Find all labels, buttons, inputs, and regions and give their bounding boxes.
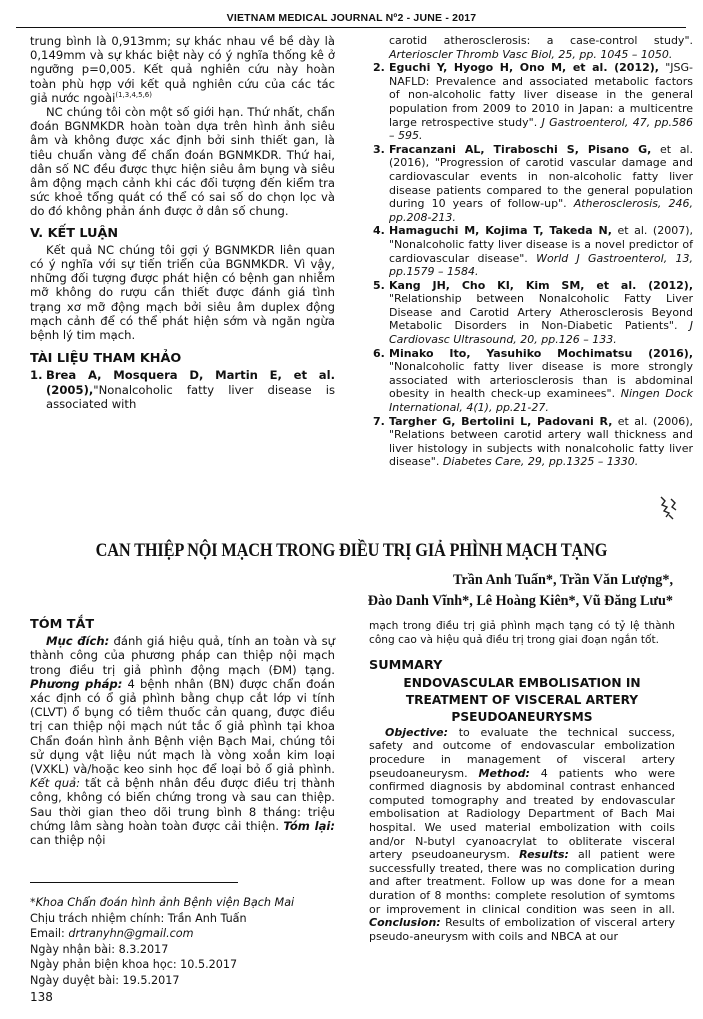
reference-list-left: 1. Brea A, Mosquera D, Martin E, et al. … (30, 368, 335, 411)
received-date: Ngày nhận bài: 8.3.2017 (30, 942, 350, 958)
conclusion-heading: V. KẾT LUẬN (30, 227, 335, 241)
reference-item: 7. Targher G, Bertolini L, Padovani R, e… (391, 415, 693, 469)
discussion-paragraph-1: trung bình là 0,913mm; sự khác nhau về b… (30, 34, 335, 105)
reference-item: 1. Brea A, Mosquera D, Martin E, et al. … (48, 368, 335, 411)
journal-header: VIETNAM MEDICAL JOURNAL Nº2 - JUNE - 201… (0, 12, 703, 24)
authors-line-2: Đào Danh Vĩnh*, Lê Hoàng Kiên*, Vũ Đăng … (368, 591, 673, 612)
discussion-paragraph-2: NC chúng tôi còn một số giới hạn. Thứ nh… (30, 105, 335, 219)
summary-body: Objective: to evaluate the technical suc… (369, 726, 675, 944)
abstract-vietnamese: TÓM TẮT Mục đích: đánh giá hiệu quả, tín… (30, 618, 335, 847)
left-column-top: trung bình là 0,913mm; sự khác nhau về b… (30, 34, 335, 411)
summary-heading: SUMMARY (369, 659, 675, 673)
footnote: *Khoa Chẩn đoán hình ảnh Bệnh viện Bạch … (30, 895, 350, 989)
abstract-heading: TÓM TẮT (30, 618, 335, 632)
accepted-date: Ngày duyệt bài: 19.5.2017 (30, 973, 350, 989)
email-line: Email: drtranyhn@gmail.com (30, 926, 350, 942)
reference-item: 2. Eguchi Y, Hyogo H, Ono M, et al. (201… (391, 61, 693, 143)
abstract-conclusion-continued: mạch trong điều trị giả phình mạch tạng … (369, 620, 675, 647)
affiliation: *Khoa Chẩn đoán hình ảnh Bệnh viện Bạch … (30, 895, 350, 911)
reference-item: 3. Fracanzani AL, Tiraboschi S, Pisano G… (391, 143, 693, 225)
article-title: CAN THIỆP NỘI MẠCH TRONG ĐIỀU TRỊ GIẢ PH… (49, 540, 654, 562)
abstract-body: Mục đích: đánh giá hiệu quả, tính an toà… (30, 634, 335, 847)
references-heading: TÀI LIỆU THAM KHẢO (30, 352, 335, 366)
reference-item-continued: carotid atherosclerosis: a case-control … (391, 34, 693, 61)
footnote-rule (30, 882, 238, 883)
summary-title: ENDOVASCULAR EMBOLISATION IN TREATMENT O… (369, 675, 675, 726)
email-link[interactable]: drtranyhn@gmail.com (68, 927, 193, 940)
page-number: 138 (30, 990, 53, 1004)
summary-english: mạch trong điều trị giả phình mạch tạng … (369, 620, 675, 943)
reference-item: 6. Minako Ito, Yasuhiko Mochimatsu (2016… (391, 347, 693, 415)
reference-list-right: carotid atherosclerosis: a case-control … (373, 34, 693, 469)
article-authors: Trần Anh Tuấn*, Trần Văn Lượng*, Đào Dan… (368, 570, 673, 612)
reference-item: 4. Hamaguchi M, Kojima T, Takeda N, et a… (391, 224, 693, 278)
reviewed-date: Ngày phản biện khoa học: 10.5.2017 (30, 957, 350, 973)
scan-artifact-icon (657, 495, 679, 521)
reference-item: 5. Kang JH, Cho KI, Kim SM, et al. (2012… (391, 279, 693, 347)
abstract-conclusion-start: can thiệp nội (30, 833, 105, 847)
responsible-author: Chịu trách nhiệm chính: Trần Anh Tuấn (30, 911, 350, 927)
header-rule (16, 27, 686, 29)
conclusion-paragraph: Kết quả NC chúng tôi gợi ý BGNMKDR liên … (30, 243, 335, 342)
authors-line-1: Trần Anh Tuấn*, Trần Văn Lượng*, (368, 570, 673, 591)
